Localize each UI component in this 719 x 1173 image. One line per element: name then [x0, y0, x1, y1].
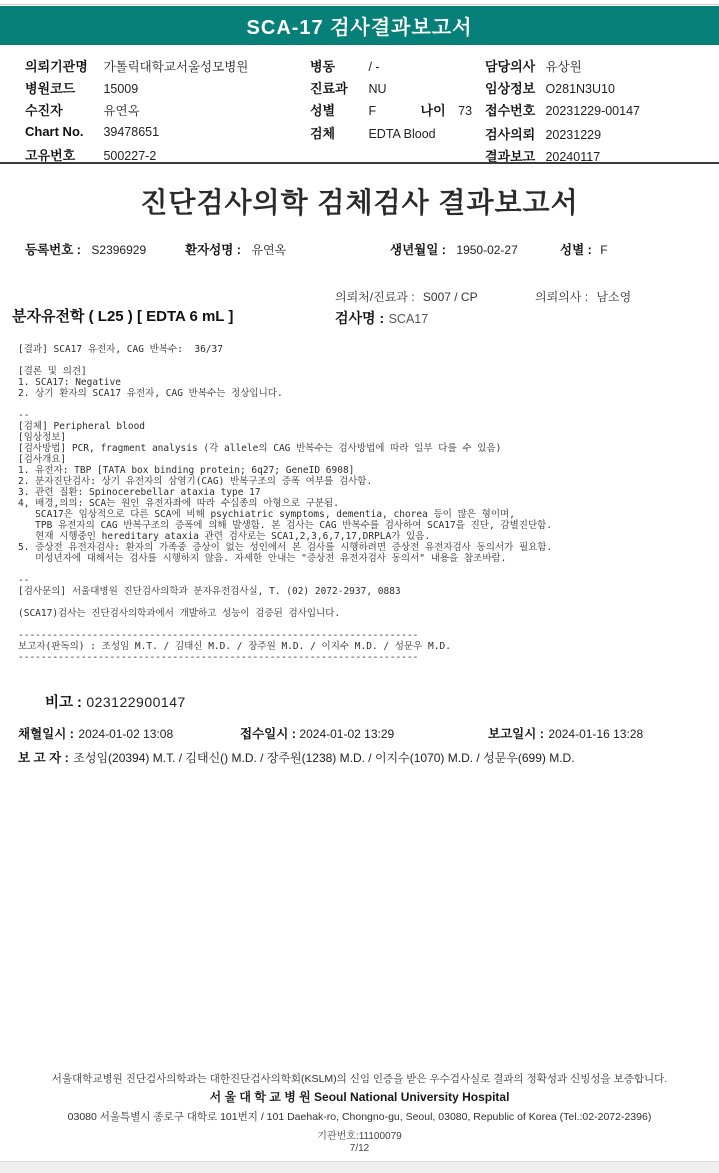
field-label-age: 나이: [381, 100, 446, 119]
field-value: S2396929: [85, 243, 146, 257]
field-label: 채혈일시 :: [18, 727, 74, 741]
footer-org-number: 기관번호:11100079: [0, 1127, 719, 1142]
field-chart-no: Chart No. 39478651: [25, 123, 159, 141]
field-value: 유연옥: [245, 243, 286, 257]
field-label: 환자성명 :: [185, 243, 241, 257]
field-label: 의뢰의사 :: [535, 290, 588, 304]
field-reporters: 보 고 자 : 조성임(20394) M.T. / 김태신() M.D. / 장…: [18, 748, 575, 767]
field-label: 성별: [310, 100, 358, 119]
field-value: F: [596, 243, 607, 257]
footer-hospital-name: 서 울 대 학 교 병 원 Seoul National University …: [0, 1088, 719, 1105]
field-value: 2024-01-16 13:28: [548, 727, 643, 741]
field-label: Chart No.: [25, 124, 99, 139]
field-accession-no: 접수번호 20231229-00147: [485, 100, 640, 120]
field-label: 성별 :: [560, 243, 592, 257]
field-remark: 비고 : 023122900147: [45, 691, 186, 712]
field-birth-date: 생년월일 : 1950-02-27: [390, 240, 518, 259]
field-order-dept: 의뢰처/진료과 : S007 / CP: [335, 288, 478, 305]
field-value: O281N3U10: [545, 82, 615, 96]
field-label: 담당의사: [485, 56, 541, 75]
bottom-strip: [0, 1161, 719, 1173]
field-test-name: 검사명 : SCA17: [335, 308, 428, 328]
field-label: 등록번호 :: [25, 243, 81, 257]
field-referring-org: 의뢰기관명 가톨릭대학교서울성모병원: [25, 56, 248, 76]
field-collection-datetime: 채혈일시 : 2024-01-02 13:08: [18, 724, 173, 743]
field-label: 생년월일 :: [390, 243, 446, 257]
field-report-datetime: 보고일시 : 2024-01-16 13:28: [488, 724, 643, 743]
field-value: 2024-01-02 13:08: [78, 727, 173, 741]
field-order-date: 검사의뢰 20231229: [485, 124, 601, 144]
field-value: 남소영: [591, 290, 631, 304]
top-border-line: [0, 4, 719, 5]
footer-address: 03080 서울특별시 종로구 대학로 101번지 / 101 Daehak-r…: [0, 1109, 719, 1124]
field-value: 2024-01-02 13:29: [299, 727, 394, 741]
field-label: 접수번호: [485, 100, 541, 119]
field-clinical-info: 임상정보 O281N3U10: [485, 78, 615, 98]
report-title: SCA-17 검사결과보고서: [247, 11, 473, 40]
field-value: 가톨릭대학교서울성모병원: [103, 60, 248, 74]
footer-accreditation: 서울대학교병원 진단검사의학과는 대한진단검사의학회(KSLM)의 신임 인증을…: [0, 1071, 719, 1086]
field-value: 유상원: [545, 60, 581, 74]
field-value: NU: [362, 82, 386, 96]
page-number: 7/12: [0, 1143, 719, 1154]
field-department: 진료과 NU: [310, 78, 387, 98]
field-label: 의뢰기관명: [25, 56, 99, 75]
field-value: EDTA Blood: [362, 127, 435, 141]
field-label: 의뢰처/진료과 :: [335, 290, 415, 304]
field-value: 유연옥: [103, 104, 139, 118]
field-label: 검사명 :: [335, 310, 384, 326]
field-value: S007 / CP: [418, 290, 478, 304]
field-label: 임상정보: [485, 78, 541, 97]
field-value: F: [362, 104, 376, 118]
field-value: 15009: [103, 82, 138, 96]
field-order-doctor: 의뢰의사 : 남소영: [535, 288, 631, 305]
header-divider-line: [0, 162, 719, 164]
field-value: 39478651: [103, 125, 159, 139]
field-value: / -: [362, 60, 379, 74]
field-label: 병동: [310, 56, 358, 75]
result-body-text: [결과] SCA17 유전자, CAG 반복수: 36/37 [결론 및 의견]…: [18, 344, 708, 663]
report-page: SCA-17 검사결과보고서 의뢰기관명 가톨릭대학교서울성모병원 병원코드 1…: [0, 0, 719, 1173]
field-value: 20231229: [545, 128, 601, 142]
field-patient: 수진자 유연옥: [25, 100, 140, 120]
field-attending-doctor: 담당의사 유상원: [485, 56, 582, 76]
field-value-age: 73: [450, 104, 472, 118]
field-value: 1950-02-27: [450, 243, 517, 257]
field-label: 접수일시 :: [240, 727, 299, 741]
field-sex-age: 성별 F 나이 73: [310, 100, 472, 120]
field-label: 보 고 자 :: [18, 751, 69, 765]
field-value: 조성임(20394) M.T. / 김태신() M.D. / 장주원(1238)…: [73, 751, 574, 765]
field-ward: 병동 / -: [310, 56, 380, 76]
field-label: 진료과: [310, 78, 358, 97]
field-sex: 성별 : F: [560, 240, 608, 259]
field-label: 병원코드: [25, 78, 99, 97]
field-specimen: 검체 EDTA Blood: [310, 123, 436, 143]
field-label: 검체: [310, 123, 358, 142]
field-label: 수진자: [25, 100, 99, 119]
field-label: 보고일시 :: [488, 727, 544, 741]
main-report-title: 진단검사의학 검체검사 결과보고서: [0, 181, 719, 221]
field-value: 023122900147: [86, 694, 185, 710]
field-label: 검사의뢰: [485, 124, 541, 143]
field-value: 20231229-00147: [545, 104, 640, 118]
field-value: SCA17: [389, 312, 429, 326]
field-value: 500227-2: [103, 149, 156, 163]
field-registration-no: 등록번호 : S2396929: [25, 240, 146, 259]
field-hospital-code: 병원코드 15009: [25, 78, 138, 98]
field-label: 비고 :: [45, 695, 82, 711]
panel-title-molecular-genetics: 분자유전학 ( L25 ) [ EDTA 6 mL ]: [12, 305, 233, 326]
field-patient-name: 환자성명 : 유연옥: [185, 240, 286, 259]
field-receipt-datetime: 접수일시 : 2024-01-02 13:29: [240, 724, 394, 743]
report-titlebar: SCA-17 검사결과보고서: [0, 6, 719, 45]
